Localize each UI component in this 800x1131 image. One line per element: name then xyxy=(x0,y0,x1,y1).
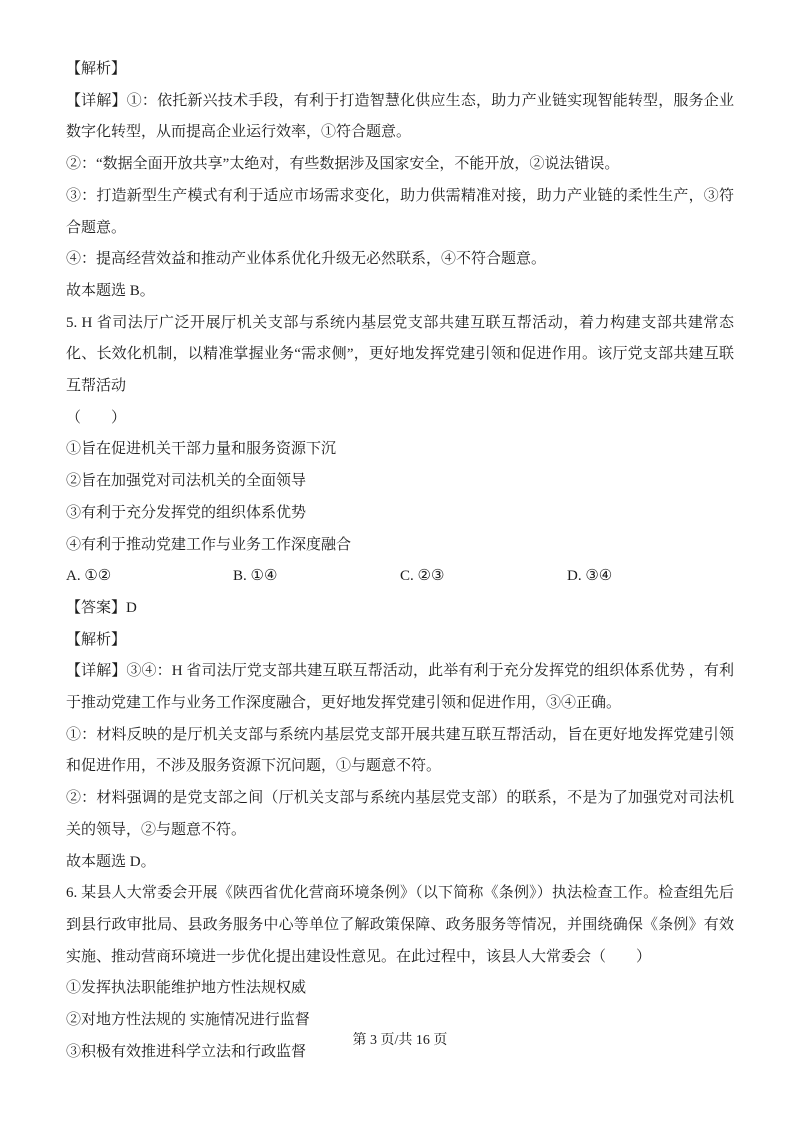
q5-point-1: ①：材料反映的是厅机关支部与系统内基层党支部开展共建互联互帮活动，旨在更好地发挥… xyxy=(66,720,734,783)
q5-choices-row: A. ①② B. ①④ C. ②③ D. ③④ xyxy=(66,561,734,593)
q5-choice-b: B. ①④ xyxy=(233,561,400,593)
q5-choice-a: A. ①② xyxy=(66,561,233,593)
q5-answer: 【答案】D xyxy=(66,593,734,625)
q5-point-2: ②：材料强调的是党支部之间（厅机关支部与系统内基层党支部）的联系，不是为了加强党… xyxy=(66,783,734,846)
q4-conclusion: 故本题选 B。 xyxy=(66,276,734,308)
page-footer: 第 3 页/共 16 页 xyxy=(0,1031,800,1051)
q5-stem: 5. H 省司法厅广泛开展厅机关支部与系统内基层党支部共建互联互帮活动，着力构建… xyxy=(66,308,734,403)
q5-statement-3: ③有利于充分发挥党的组织体系优势 xyxy=(66,498,734,530)
exam-answer-page: { "colors": { "text": "#1c1c1c", "page_b… xyxy=(0,0,800,1131)
q4-point-2: ②：“数据全面开放共享”太绝对，有些数据涉及国家安全，不能开放，②说法错误。 xyxy=(66,149,734,181)
q5-statement-1: ①旨在促进机关干部力量和服务资源下沉 xyxy=(66,434,734,466)
q5-choice-c: C. ②③ xyxy=(400,561,567,593)
q5-statement-2: ②旨在加强党对司法机关的全面领导 xyxy=(66,466,734,498)
q5-conclusion: 故本题选 D。 xyxy=(66,847,734,879)
page-content: 【解析】 【详解】①：依托新兴技术手段，有利于打造智慧化供应生态，助力产业链实现… xyxy=(66,54,734,1069)
q5-answer-bracket: （ ） xyxy=(66,403,734,435)
q6-statement-1: ①发挥执法职能维护地方性法规权威 xyxy=(66,973,734,1005)
q5-detail-paragraph: 【详解】③④：H 省司法厅党支部共建互联互帮活动，此举有利于充分发挥党的组织体系… xyxy=(66,656,734,719)
q5-analysis-label: 【解析】 xyxy=(66,625,734,657)
q4-point-3: ③：打造新型生产模式有利于适应市场需求变化，助力供需精准对接，助力产业链的柔性生… xyxy=(66,181,734,244)
q4-detail-paragraph: 【详解】①：依托新兴技术手段，有利于打造智慧化供应生态，助力产业链实现智能转型，… xyxy=(66,86,734,149)
q5-statement-4: ④有利于推动党建工作与业务工作深度融合 xyxy=(66,530,734,562)
q4-analysis-label: 【解析】 xyxy=(66,54,734,86)
q5-choice-d: D. ③④ xyxy=(567,561,734,593)
q4-point-4: ④：提高经营效益和推动产业体系优化升级无必然联系，④不符合题意。 xyxy=(66,244,734,276)
q6-stem: 6. 某县人大常委会开展《陕西省优化营商环境条例》（以下简称《条例》）执法检查工… xyxy=(66,878,734,973)
